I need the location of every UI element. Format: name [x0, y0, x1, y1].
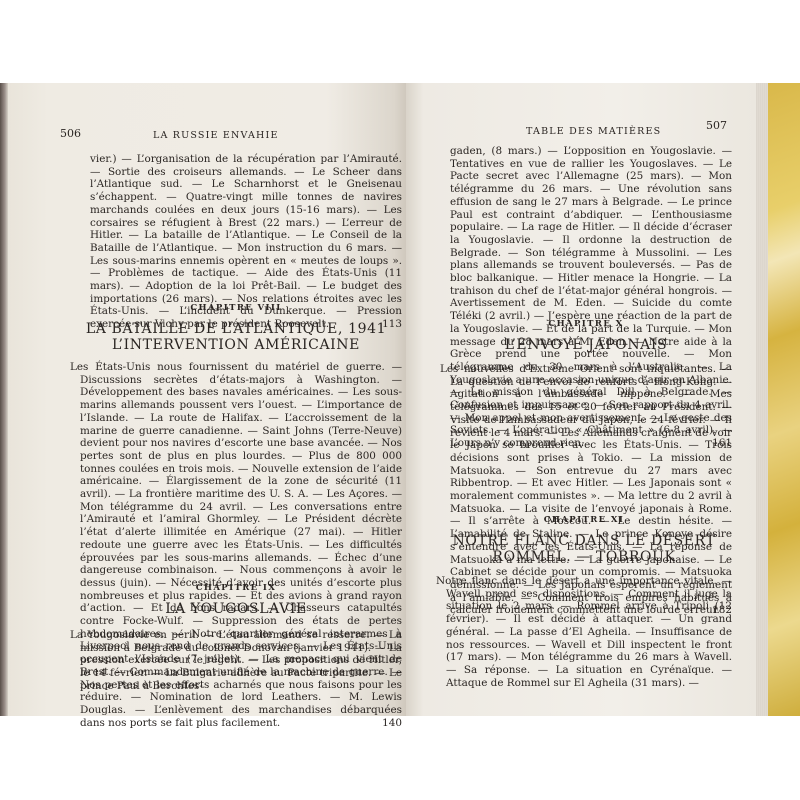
chapter-title-line1: L’ENVOYÉ JAPONAIS [440, 337, 732, 353]
chapter-ix: CHAPITRE IX LA YOUGOSLAVIE La Yougoslavi… [70, 583, 402, 693]
left-page: 506 LA RUSSIE ENVAHIE vier.) — L’organis… [8, 83, 406, 716]
chapter-title-line2: L’INTERVENTION AMÉRICAINE [70, 337, 402, 353]
summary-text: La Yougoslavie en péril. — L’étau allema… [70, 629, 402, 692]
book-cover-edge [768, 83, 800, 716]
chapter-title-line1: LA BATAILLE DE L’ATLANTIQUE, 1941 [70, 321, 402, 337]
open-book-spread: 506 LA RUSSIE ENVAHIE vier.) — L’organis… [0, 83, 800, 716]
left-running-head: LA RUSSIE ENVAHIE [153, 130, 279, 141]
right-running-head: TABLE DES MATIÈRES [526, 126, 661, 137]
page-stack-edge [756, 83, 768, 716]
chapter-label: CHAPITRE XI [436, 515, 732, 525]
chapter-title-line2: ROMMEL. — TOBROUK [436, 549, 732, 565]
summary-page-ref: 140 [392, 717, 402, 730]
chapter-summary: Notre flanc dans le désert a une importa… [436, 575, 732, 689]
chapter-xi: CHAPITRE XI NOTRE FLANC DANS LE DÉSERT R… [436, 515, 732, 689]
chapter-summary: La Yougoslavie en péril. — L’étau allema… [70, 629, 402, 693]
right-page: TABLE DES MATIÈRES 507 gaden, (8 mars.) … [406, 83, 756, 716]
chapter-label: CHAPITRE IX [70, 583, 402, 593]
chapter-label: CHAPITRE VIII [70, 303, 402, 313]
summary-text: Notre flanc dans le désert a une importa… [436, 575, 732, 689]
chapter-title-line1: NOTRE FLANC DANS LE DÉSERT [436, 533, 732, 549]
chapter-title-line1: LA YOUGOSLAVIE [70, 601, 402, 617]
left-page-number: 506 [60, 127, 81, 140]
chapter-label: CHAPITRE X [440, 319, 732, 329]
right-page-number: 507 [706, 119, 727, 132]
book-left-edge [0, 83, 8, 716]
